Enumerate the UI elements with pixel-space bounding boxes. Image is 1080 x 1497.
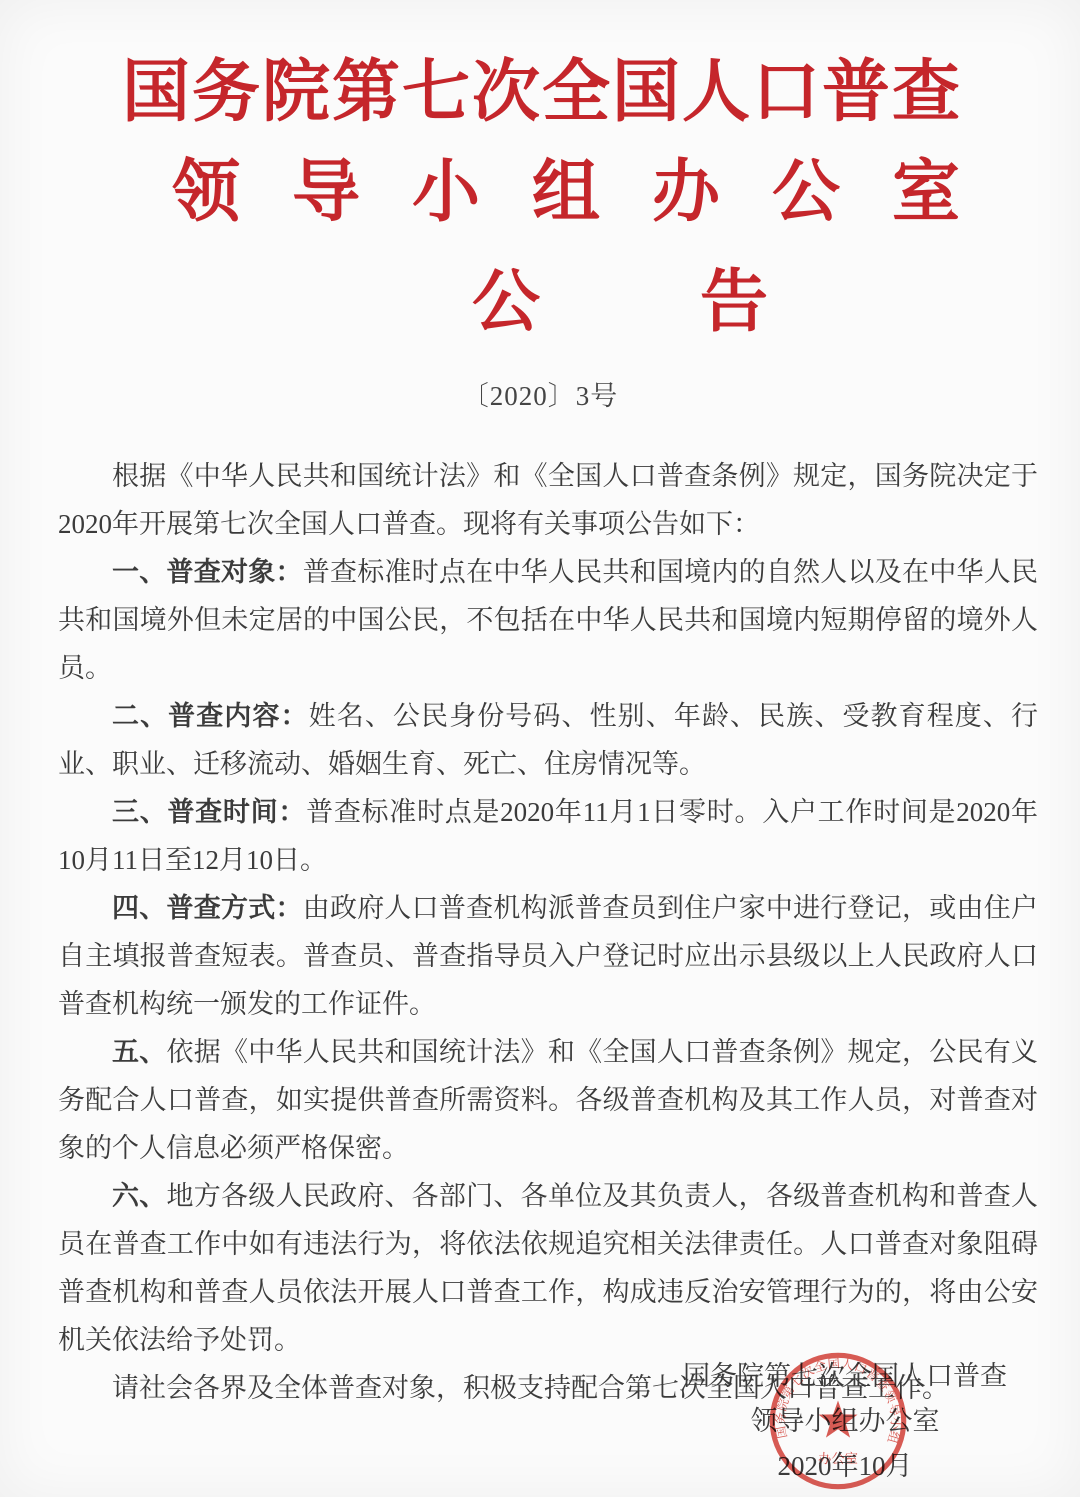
paragraph-census-target: 一、普查对象：普查标准时点在中华人民共和国境内的自然人以及在中华人民共和国境外但… [58, 548, 1038, 692]
title-line-3: 公告 [0, 268, 1080, 336]
official-seal: 国务院第七次全国人口普查领导小组 办公室 [761, 1344, 915, 1497]
paragraph-census-target-lead: 一、普查对象： [112, 557, 303, 587]
paragraph-census-time-lead: 三、普查时间： [112, 797, 306, 827]
paragraph-obligation-lead: 五、 [112, 1037, 167, 1067]
title-line-1: 国务院第七次全国人口普查 [0, 58, 1080, 126]
seal-bottom-text: 办公室 [818, 1450, 858, 1466]
paragraph-intro-text: 根据《中华人民共和国统计法》和《全国人口普查条例》规定，国务院决定于2020年开… [58, 461, 1038, 539]
star-icon [818, 1400, 857, 1437]
paragraph-census-method: 四、普查方式：由政府人口普查机构派普查员到住户家中进行登记，或由住户自主填报普查… [58, 884, 1038, 1028]
paragraph-obligation: 五、依据《中华人民共和国统计法》和《全国人口普查条例》规定，公民有义务配合人口普… [58, 1028, 1038, 1172]
paragraph-census-method-lead: 四、普查方式： [112, 893, 303, 923]
title-line-2: 领导小组办公室 [0, 158, 1080, 226]
document-number: 〔2020〕3号 [0, 374, 1080, 413]
paragraph-legal-liability-lead: 六、 [112, 1181, 167, 1211]
paragraph-legal-liability-text: 地方各级人民政府、各部门、各单位及其负责人，各级普查机构和普查人员在普查工作中如… [58, 1181, 1038, 1355]
paragraph-obligation-text: 依据《中华人民共和国统计法》和《全国人口普查条例》规定，公民有义务配合人口普查，… [58, 1037, 1038, 1163]
paragraph-intro: 根据《中华人民共和国统计法》和《全国人口普查条例》规定，国务院决定于2020年开… [58, 452, 1038, 548]
paragraph-census-content: 二、普查内容：姓名、公民身份号码、性别、年龄、民族、受教育程度、行业、职业、迁移… [58, 692, 1038, 788]
document-body: 根据《中华人民共和国统计法》和《全国人口普查条例》规定，国务院决定于2020年开… [58, 452, 1038, 1412]
paragraph-census-content-lead: 二、普查内容： [112, 701, 309, 731]
announcement-document: 国务院第七次全国人口普查 领导小组办公室 公告 〔2020〕3号 根据《中华人民… [0, 0, 1080, 1497]
paragraph-census-time: 三、普查时间：普查标准时点是2020年11月1日零时。入户工作时间是2020年1… [58, 788, 1038, 884]
paragraph-legal-liability: 六、地方各级人民政府、各部门、各单位及其负责人，各级普查机构和普查人员在普查工作… [58, 1172, 1038, 1364]
